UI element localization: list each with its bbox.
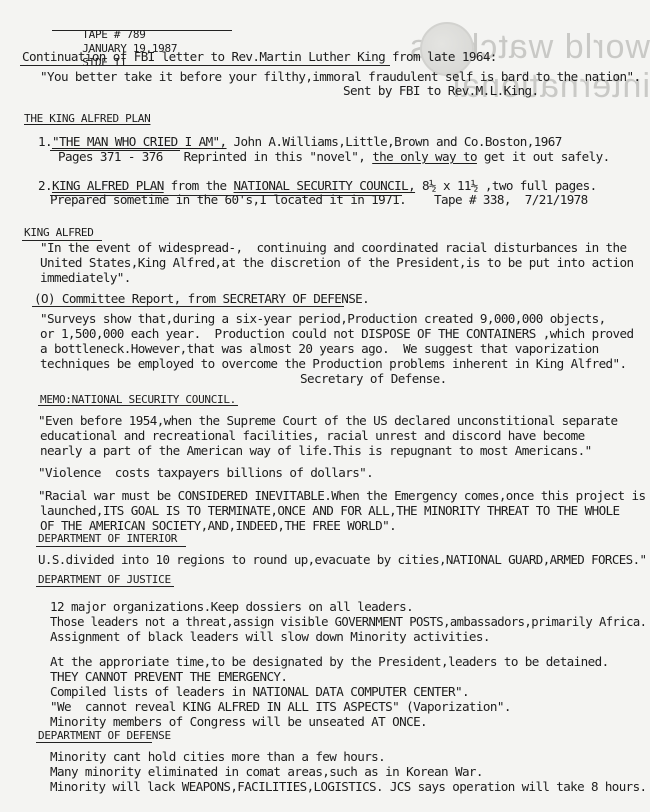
- justice-b2-4: "We cannot reveal KING ALFRED IN ALL ITS…: [50, 700, 511, 714]
- committee-quote-2: or 1,500,000 each year. Production could…: [40, 327, 633, 341]
- justice-b1-2: Those leaders not a threat,assign visibl…: [50, 615, 646, 629]
- source-item-2-detail: Prepared sometime in the 60's,I located …: [50, 193, 588, 207]
- justice-b1-3: Assignment of black leaders will slow do…: [50, 630, 490, 644]
- committee-quote-3: a bottleneck.However,that was almost 20 …: [40, 342, 599, 356]
- interior-rule: [36, 546, 186, 547]
- committee-rule: [32, 306, 344, 307]
- king-alfred-quote-1: "In the event of widespread-, continuing…: [40, 241, 627, 255]
- justice-rule: [36, 586, 174, 587]
- fbi-letter-quote: "You better take it before your filthy,i…: [40, 70, 640, 84]
- committee-quote-4: techniques be employed to overcome the P…: [40, 357, 627, 371]
- fbi-heading-rule: [20, 65, 390, 66]
- justice-b1-1: 12 major organizations.Keep dossiers on …: [50, 600, 413, 614]
- justice-b2-3: Compiled lists of leaders in NATIONAL DA…: [50, 685, 469, 699]
- king-alfred-quote-2: United States,King Alfred,at the discret…: [40, 256, 633, 270]
- defense-heading: DEPARTMENT OF DEFENSE: [38, 729, 171, 743]
- justice-b2-5: Minority members of Congress will be uns…: [50, 715, 427, 729]
- king-alfred-plan-heading: THE KING ALFRED PLAN: [24, 112, 150, 126]
- fbi-letter-attribution: Sent by FBI to Rev.M.L.King.: [343, 84, 539, 98]
- nsc-para1-2: educational and recreational facilities,…: [40, 429, 585, 443]
- defense-3: Minority will lack WEAPONS,FACILITIES,LO…: [50, 780, 646, 794]
- interior-text: U.S.divided into 10 regions to round up,…: [38, 553, 646, 567]
- tape-reference: Tape # 338, 7/21/1978: [434, 192, 588, 207]
- defense-rule: [36, 742, 152, 743]
- justice-b2-2: THEY CANNOT PREVENT THE EMERGENCY.: [50, 670, 287, 684]
- committee-signature: Secretary of Defense.: [300, 372, 447, 386]
- nsc-para3-2: launched,ITS GOAL IS TO TERMINATE,ONCE A…: [40, 504, 620, 518]
- nsc-para2: "Violence costs taxpayers billions of do…: [38, 466, 373, 480]
- book-title: "THE MAN WHO CRIED I AM",: [52, 134, 227, 149]
- header-rule: [52, 30, 232, 31]
- committee-quote-1: "Surveys show that,during a six-year per…: [40, 312, 606, 326]
- justice-b2-1: At the approriate time,to be designated …: [50, 655, 609, 669]
- defense-2: Many minority eliminated in comat areas,…: [50, 765, 483, 779]
- nsc-memo-rule: [38, 405, 238, 406]
- source-item-1: 1."THE MAN WHO CRIED I AM", John A.Willi…: [38, 135, 562, 149]
- nsc-para3-1: "Racial war must be CONSIDERED INEVITABL…: [38, 489, 645, 503]
- source-item-2: 2.KING ALFRED PLAN from the NATIONAL SEC…: [38, 179, 597, 193]
- fbi-letter-heading: Continuation of FBI letter to Rev.Martin…: [22, 50, 497, 64]
- committee-report-heading: (O) Committee Report, from SECRETARY OF …: [34, 292, 369, 306]
- king-alfred-heading: KING ALFRED: [24, 226, 94, 240]
- nsc-para1-3: nearly a part of the American way of lif…: [40, 444, 592, 458]
- defense-1: Minority cant hold cities more than a fe…: [50, 750, 385, 764]
- document-page: world watchers international TAPE # 789 …: [0, 0, 650, 812]
- interior-heading: DEPARTMENT OF INTERIOR: [38, 532, 177, 546]
- source-item-1-detail: Pages 371 - 376 Reprinted in this "novel…: [58, 150, 610, 164]
- king-alfred-quote-3: immediately".: [40, 271, 131, 285]
- nsc-para1-1: "Even before 1954,when the Supreme Court…: [38, 414, 618, 428]
- nsc-para3-3: OF THE AMERICAN SOCIETY,AND,INDEED,THE F…: [40, 519, 396, 533]
- justice-heading: DEPARTMENT OF JUSTICE: [38, 573, 171, 587]
